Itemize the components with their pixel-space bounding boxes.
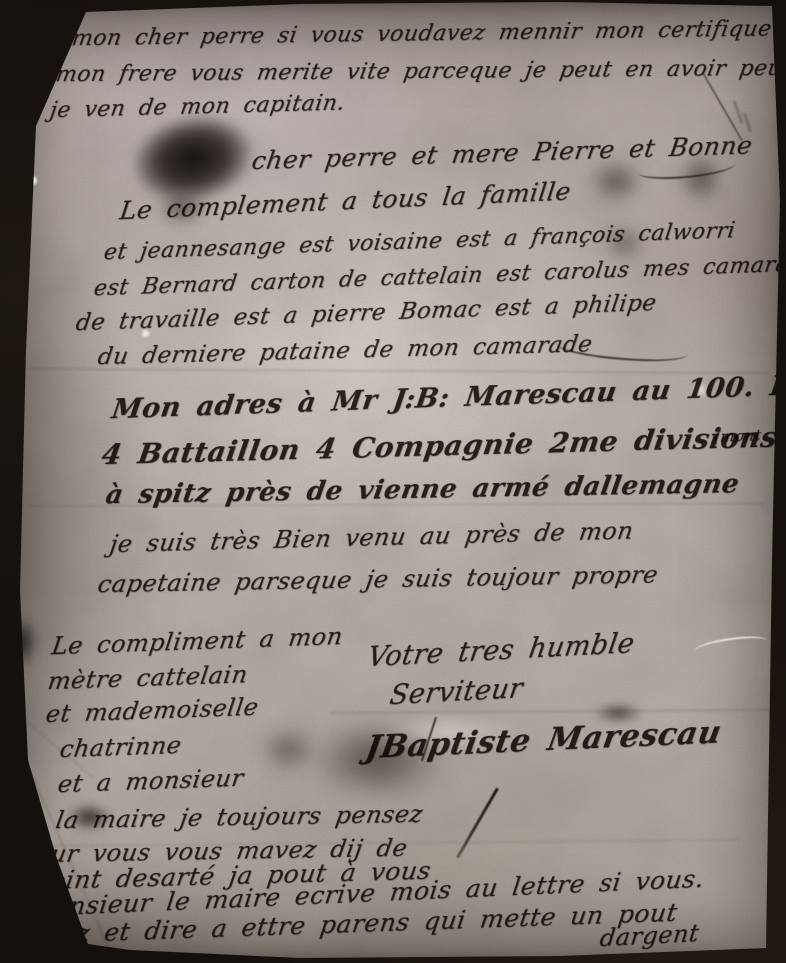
signature: JBaptiste Marescau <box>363 714 724 766</box>
handwritten-line: mon cher perre si vous voudavez mennir m… <box>70 15 786 51</box>
handwritten-line: et mademoiselle <box>44 693 260 729</box>
handwritten-line: je ven de mon capitain. <box>48 90 347 123</box>
closing-line: Votre tres humble <box>366 628 637 673</box>
handwritten-line: mon frere vous merite vite parceque je p… <box>54 56 786 87</box>
dust-speck <box>28 176 37 185</box>
handwritten-line: et a monsieur <box>56 763 246 798</box>
address-line: 4 Battaillon 4 Compagnie 2me divisions <box>100 420 780 471</box>
letter-paper-sheet: mon cher perre si vous voudavez mennir m… <box>0 0 786 963</box>
pen-scratch <box>733 101 743 124</box>
photograph-of-handwritten-letter: mon cher perre si vous voudavez mennir m… <box>0 0 786 963</box>
handwritten-line: chatrinne <box>58 731 184 763</box>
postscript-line: dargent <box>598 919 701 952</box>
ink-slash-mark <box>456 788 499 859</box>
handwritten-line: capetaine parseque je suis toujour propr… <box>96 560 660 598</box>
salutation-line: cher perre et mere Pierre et Bonne <box>250 130 755 175</box>
dust-speck <box>40 922 48 930</box>
postscript-line: la maire je toujours pensez <box>54 800 425 834</box>
handwritten-line: Le compliment a mon <box>50 622 345 660</box>
scratch-mark <box>693 633 769 659</box>
stain <box>252 722 324 778</box>
address-line: à spitz près de vienne armé dallemagne <box>104 469 742 510</box>
handwritten-line: Le complement a tous la famille <box>118 176 573 225</box>
pen-scratch <box>743 113 752 132</box>
address-line: Mon adres à Mr J:B: Marescau au 100. Reg… <box>110 368 786 425</box>
closing-line: Serviteur <box>388 673 526 711</box>
handwritten-line: mètre cattelain <box>46 660 250 695</box>
stain <box>4 612 40 672</box>
handwritten-line: du derniere pataine de mon camarade <box>96 331 594 370</box>
handwritten-line: je suis très Bien venu au près de mon <box>108 516 636 558</box>
